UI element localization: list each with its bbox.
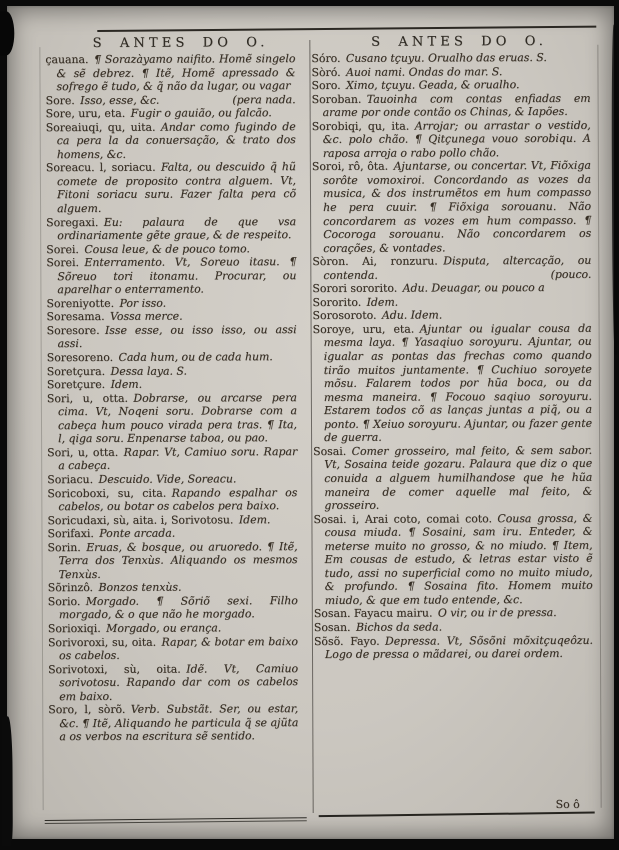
entry-headword: Soreacu. l, soriacu. [46, 161, 161, 175]
entry-definition: Auoi nami. Ondas do mar. S. [346, 65, 502, 79]
dictionary-entry: Soroban. Tauoinha com contas enfiadas em… [312, 91, 591, 119]
dictionary-page: S ANTES DO O. S ANTES DO O. çauana. ¶ So… [7, 6, 614, 839]
dictionary-entry: Sõsõ. Fayo. Depressa. Vt, Sõsõni mõxitçu… [314, 633, 593, 661]
dictionary-entry: Soresoreno. Cada hum, ou de cada hum. [47, 350, 297, 365]
entry-headword: Sorio. [48, 595, 86, 608]
dictionary-entry: Sorosoroto. Adu. Idem. [313, 308, 592, 323]
entry-definition: Ajuntar ou igualar cousa da mesma laya. … [324, 322, 592, 445]
entry-headword: Soro, l, sòrõ. [48, 703, 131, 716]
entry-headword: Soreaiuqi, qu, uita. [46, 120, 161, 134]
dictionary-entry: Sorivoroxi, su, oita. Rapar, & botar em … [48, 635, 298, 663]
entry-headword: Soriacu. [47, 473, 98, 486]
entry-headword: Sosan. [314, 621, 356, 634]
entry-definition: Idem. [239, 513, 271, 526]
catchword: So ô [556, 798, 580, 811]
entry-definition: Ximo, tçuyu. Geada, & orualho. [346, 78, 519, 92]
dictionary-entry: Soricoboxi, su, cita. Rapando espalhar o… [47, 486, 297, 514]
dictionary-entry: Soro. Ximo, tçuyu. Geada, & orualho. [312, 78, 591, 93]
entry-definition: Adu. Idem. [382, 309, 442, 322]
entry-headword: Sóro. [311, 52, 346, 65]
scan-background: S ANTES DO O. S ANTES DO O. çauana. ¶ So… [0, 0, 619, 850]
dictionary-entry: Sorobiqi, qu, ita. Arrojar; ou arrastar … [312, 119, 591, 161]
dictionary-entry: Sòró. Auoi nami. Ondas do mar. S. [311, 64, 590, 79]
dictionary-entry: Sõrinzô. Bonzos tenxùs. [48, 580, 298, 595]
text-columns: çauana. ¶ Sorazàyamo naifito. Homẽ singe… [45, 51, 597, 810]
entry-headword: Soretçura. [47, 364, 111, 377]
dictionary-entry: Sorei. Cousa leue, & de pouco tomo. [46, 242, 296, 257]
dictionary-entry: Sóro. Cusano tçuyu. Orualho das eruas. S… [311, 51, 590, 66]
scan-edge-strip [611, 25, 618, 355]
dictionary-entry: Sosai. i, Arai coto, comai coto. Cousa g… [313, 511, 592, 607]
dictionary-entry: Sori, u, otta. Rapar. Vt, Camiuo soru. R… [47, 445, 297, 473]
dictionary-entry: Soresore. Isse esse, ou isso isso, ou as… [47, 323, 297, 351]
left-frame-rule [39, 47, 43, 810]
running-head-left: S ANTES DO O. [41, 35, 320, 51]
entry-definition: Bonzos tenxùs. [98, 581, 181, 594]
entry-definition: Cusano tçuyu. Orualho das eruas. S. [346, 51, 547, 65]
dictionary-entry: Soro, l, sòrõ. Verb. Substãt. Ser, ou es… [48, 702, 298, 744]
entry-headword: Sore, uru, eta. [46, 107, 131, 120]
dictionary-entry: Soreniyotte. Por isso. [46, 296, 296, 311]
scan-edge-blob [1, 716, 13, 846]
entry-headword: Sõsõ. Fayo. [314, 634, 385, 647]
scan-edge-blob [0, 11, 14, 55]
entry-headword: Sore. [46, 94, 81, 107]
entry-definition: Dessa laya. S. [111, 364, 187, 377]
dictionary-entry: Sorio. Morgado. ¶ Sõriõ sexi. Filho morg… [48, 594, 298, 622]
entry-definition: Ponte arcada. [99, 527, 175, 540]
line-turnover: (pera nada. [243, 93, 295, 107]
entry-headword: Sorivoroxi, su, oita. [48, 635, 162, 648]
entry-headword: Sorifaxi. [47, 527, 99, 540]
header-rule [97, 26, 596, 32]
dictionary-entry: Sosan. Bichos da seda. [314, 620, 593, 635]
dictionary-entry: Soreacu. l, soriacu. Falta, ou descuido … [46, 160, 296, 215]
entry-definition: Isso, esse, &c. [80, 93, 159, 106]
entry-headword: Sorin. [48, 541, 87, 554]
entry-definition: Cousa leue, & de pouco tomo. [84, 242, 250, 256]
entry-headword: Soretçure. [47, 378, 111, 391]
dictionary-entry: Sororito. Idem. [312, 295, 591, 310]
running-heads: S ANTES DO O. S ANTES DO O. [41, 34, 598, 51]
entry-headword: Sorosoroto. [313, 309, 382, 322]
entry-headword: Soroi, rô, ôta. [312, 160, 394, 173]
line-turnover: (pouco. [562, 268, 592, 282]
right-frame-rule [597, 45, 601, 808]
dictionary-entry: Soroye, uru, eta. Ajuntar ou igualar cou… [313, 322, 593, 445]
running-head-right: S ANTES DO O. [320, 34, 599, 50]
entry-definition: Fugir o gauião, ou falcão. [131, 106, 272, 120]
dictionary-entry: Soricudaxi, sù, aita. i, Sorivotosu. Ide… [47, 513, 297, 528]
bottom-rule-left [45, 817, 307, 824]
entry-definition: Ajuntarse, ou concertar. Vt, Fiõxiga sor… [323, 159, 591, 254]
entry-definition: O vir, ou ir de pressa. [438, 606, 557, 620]
entry-definition: Enterramento. Vt, Soreuo itasu. ¶ Sõreuo… [57, 255, 296, 296]
entry-definition: Vossa merce. [110, 310, 183, 323]
entry-headword: Sororito. [312, 296, 366, 309]
entry-definition: Eruas, & bosque, ou aruoredo. ¶ Itẽ, Ter… [59, 540, 298, 581]
entry-definition: Descuido. Vide, Soreacu. [98, 472, 236, 486]
entry-headword: Sori, u, otta. [47, 446, 124, 459]
bottom-rule-right [319, 812, 595, 818]
entry-headword: Sorobiqi, qu, ita. [312, 119, 415, 132]
entry-headword: Sorei. [46, 243, 84, 256]
entry-definition: Adu. Deuagar, ou pouco a [403, 281, 545, 295]
dictionary-entry: Sorin. Eruas, & bosque, ou aruoredo. ¶ I… [48, 540, 298, 582]
dictionary-entry: Soregaxi. Eu: palaura de que vsa ordinar… [46, 215, 296, 243]
entry-headword: Sorivotoxi, sù, oita. [48, 662, 186, 676]
entry-headword: Sõrinzô. [48, 581, 99, 594]
entry-headword: Sòró. [311, 65, 346, 78]
dictionary-entry: Sore. Isso, esse, &c.(pera nada. [46, 93, 296, 108]
entry-headword: Sorei. [46, 256, 84, 269]
dictionary-entry: Sori, u, otta. Dobrarse, ou arcarse pera… [47, 391, 297, 446]
entry-definition: Morgado. ¶ Sõriõ sexi. Filho morgado, & … [59, 594, 298, 622]
entry-definition: Por isso. [119, 296, 166, 309]
entry-headword: Soroban. [312, 92, 367, 105]
entry-headword: Sosai. [313, 445, 352, 458]
entry-headword: Sori, u, otta. [47, 391, 134, 404]
dictionary-entry: Soretçure. Idem. [47, 377, 297, 392]
dictionary-entry: çauana. ¶ Sorazàyamo naifito. Homẽ singe… [45, 52, 295, 94]
entry-headword: Soreniyotte. [46, 297, 119, 310]
dictionary-entry: Sosai. Comer grosseiro, mal feito, & sem… [313, 444, 592, 513]
entry-headword: Soregaxi. [46, 215, 104, 228]
dictionary-entry: Sòron. Ai, ronzuru. Disputa, altercação,… [312, 254, 591, 282]
entry-headword: Soricoboxi, su, cita. [47, 486, 171, 500]
column-left: çauana. ¶ Sorazàyamo naifito. Homẽ singe… [45, 52, 298, 810]
dictionary-entry: Sorori sororito. Adu. Deuagar, ou pouco … [312, 281, 591, 296]
dictionary-entry: Sorivotoxi, sù, oita. Idẽ. Vt, Camiuo so… [48, 662, 298, 704]
entry-definition: Idem. [367, 295, 399, 308]
entry-headword: Soroye, uru, eta. [313, 322, 420, 335]
dictionary-entry: Sosan. Fayacu mairu. O vir, ou ir de pre… [314, 606, 593, 621]
entry-definition: Morgado, ou erança. [106, 621, 221, 635]
entry-definition: Cada hum, ou de cada hum. [118, 350, 272, 364]
entry-definition: Comer grosseiro, mal feito, & sem sabor.… [324, 444, 592, 512]
entry-headword: çauana. [45, 53, 94, 66]
entry-headword: Sorioxiqi. [48, 622, 106, 635]
entry-headword: Sosai. i, Arai coto, comai coto. [313, 512, 497, 526]
dictionary-entry: Soreaiuqi, qu, uita. Andar como fugindo … [46, 120, 296, 162]
dictionary-entry: Soriacu. Descuido. Vide, Soreacu. [47, 472, 297, 487]
page-content: S ANTES DO O. S ANTES DO O. çauana. ¶ So… [5, 5, 616, 841]
entry-headword: Sorori sororito. [312, 282, 402, 295]
dictionary-entry: Sorifaxi. Ponte arcada. [47, 526, 297, 541]
dictionary-entry: Soroi, rô, ôta. Ajuntarse, ou concertar.… [312, 159, 591, 255]
entry-definition: Cousa grossa, & cousa miuda. ¶ Sosaini, … [324, 511, 592, 606]
entry-headword: Soro. [312, 79, 347, 92]
column-right: Sóro. Cusano tçuyu. Orualho das eruas. S… [311, 51, 593, 809]
entry-headword: Soricudaxi, sù, aita. i, Sorivotosu. [47, 513, 238, 527]
dictionary-entry: Soresama. Vossa merce. [47, 309, 297, 324]
entry-headword: Sosan. Fayacu mairu. [314, 607, 438, 621]
entry-definition: Idem. [111, 378, 143, 391]
entry-headword: Soresoreno. [47, 351, 119, 364]
entry-headword: Sòron. Ai, ronzuru. [312, 255, 443, 269]
dictionary-entry: Sorioxiqi. Morgado, ou erança. [48, 621, 298, 636]
entry-headword: Soresore. [47, 324, 105, 337]
entry-headword: Soresama. [47, 310, 111, 323]
dictionary-entry: Soretçura. Dessa laya. S. [47, 364, 297, 379]
dictionary-entry: Sorei. Enterramento. Vt, Soreuo itasu. ¶… [46, 255, 296, 297]
entry-definition: Bichos da seda. [356, 620, 442, 633]
dictionary-entry: Sore, uru, eta. Fugir o gauião, ou falcã… [46, 106, 296, 121]
